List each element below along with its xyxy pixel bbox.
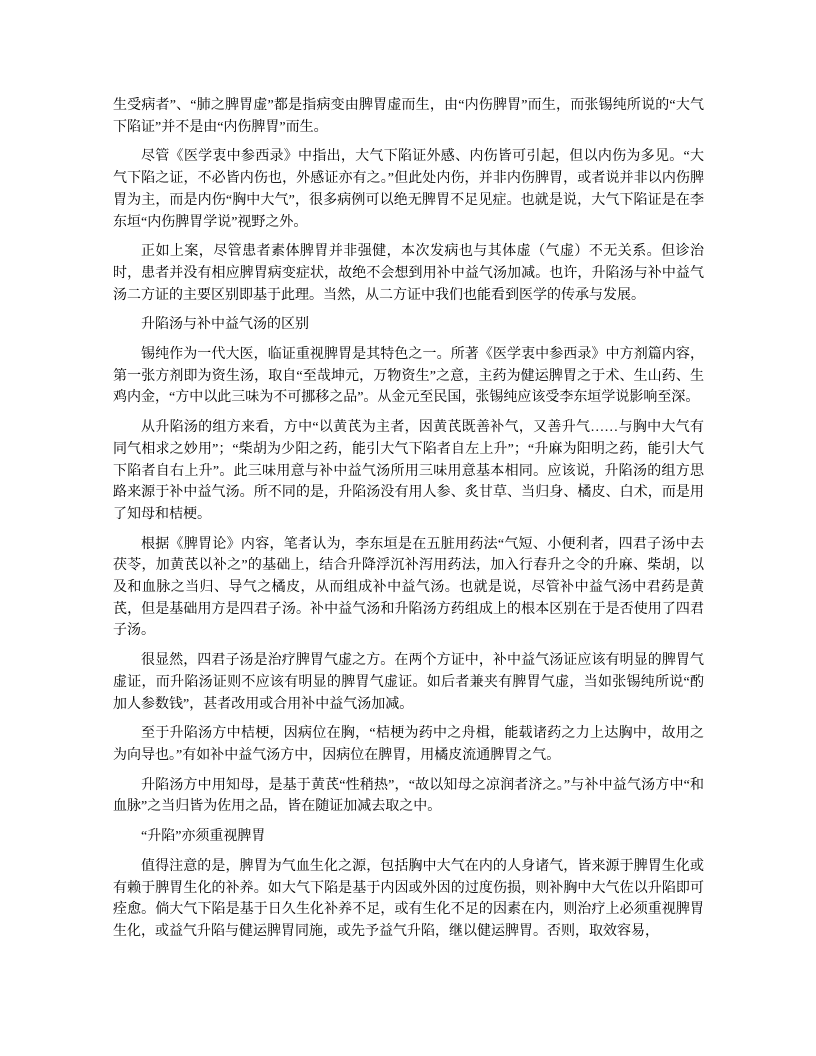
- paragraph: 锡纯作为一代大医，临证重视脾胃是其特色之一。所著《医学衷中参西录》中方剂篇内容，…: [113, 344, 704, 409]
- section-heading-differences: 升陷汤与补中益气汤的区别: [113, 314, 704, 336]
- paragraph: 值得注意的是，脾胃为气血生化之源，包括胸中大气在内的人身诸气，皆来源于脾胃生化或…: [113, 856, 704, 943]
- section-heading-spleen-stomach: “升陷”亦须重视脾胃: [113, 826, 704, 848]
- paragraph: 尽管《医学衷中参西录》中指出，大气下陷证外感、内伤皆可引起，但以内伤为多见。“大…: [113, 146, 704, 233]
- page-text-content: 生受病者”、“肺之脾胃虚”都是指病变由脾胃虚而生，由“内伤脾胃”而生，而张锡纯所…: [113, 95, 704, 943]
- paragraph: 至于升陷汤方中桔梗，因病位在胸，“桔梗为药中之舟楫，能载诸药之力上达胸中，故用之…: [113, 723, 704, 766]
- paragraph: 从升陷汤的组方来看，方中“以黄芪为主者，因黄芪既善补气，又善升气……与胸中大气有…: [113, 417, 704, 526]
- paragraph: 正如上案，尽管患者素体脾胃并非强健，本次发病也与其体虚（气虚）不无关系。但诊治时…: [113, 241, 704, 306]
- paragraph: 根据《脾胃论》内容，笔者认为，李东垣是在五脏用药法“气短、小便利者，四君子汤中去…: [113, 534, 704, 643]
- paragraph-continuation: 生受病者”、“肺之脾胃虚”都是指病变由脾胃虚而生，由“内伤脾胃”而生，而张锡纯所…: [113, 95, 704, 138]
- document-page: 生受病者”、“肺之脾胃虚”都是指病变由脾胃虚而生，由“内伤脾胃”而生，而张锡纯所…: [0, 0, 816, 1056]
- paragraph: 升陷汤方中用知母，是基于黄芪“性稍热”，“故以知母之凉润者济之。”与补中益气汤方…: [113, 775, 704, 818]
- paragraph: 很显然，四君子汤是治疗脾胃气虚之方。在两个方证中，补中益气汤证应该有明显的脾胃气…: [113, 650, 704, 715]
